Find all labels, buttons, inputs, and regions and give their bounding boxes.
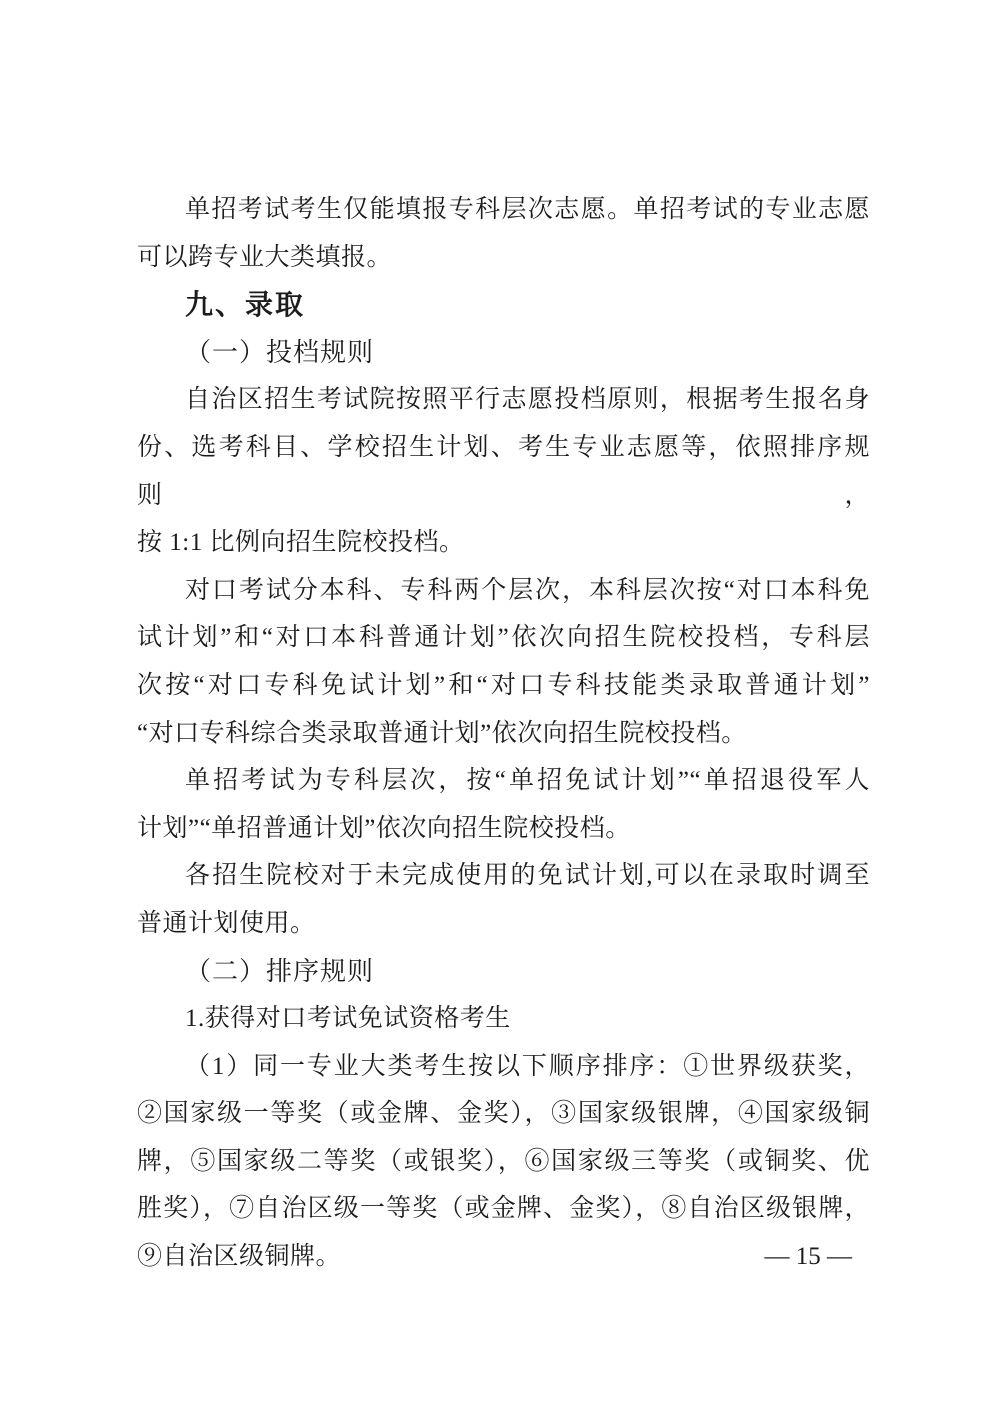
text-line: 计划”“单招普通计划”依次向招生院校投档。 <box>137 805 870 853</box>
text-line: 九、录取 <box>137 281 870 329</box>
text-line: “对口专科综合类录取普通计划”依次向招生院校投档。 <box>137 710 870 758</box>
text-line: 次按“对口专科免试计划”和“对口专科技能类录取普通计划” <box>137 662 870 710</box>
text-line: ②国家级一等奖（或金牌、金奖），③国家级银牌，④国家级铜 <box>137 1090 870 1138</box>
text-line: ⑨自治区级铜牌。 <box>137 1233 870 1281</box>
paragraph-danzhao-cengci: 单招考试为专科层次，按“单招免试计划”“单招退役军人计划”“单招普通计划”依次向… <box>137 757 870 852</box>
paragraph-danzhao-zhiyuan: 单招考试考生仅能填报专科层次志愿。单招考试的专业志愿可以跨专业大类填报。 <box>137 186 870 281</box>
page-footer: — 15 — <box>765 1242 853 1272</box>
paragraph-sub-1-toudang-guize: （一）投档规则 <box>137 329 870 377</box>
paragraph-duikou-kaoshi-cengci: 对口考试分本科、专科两个层次，本科层次按“对口本科免试计划”和“对口本科普通计划… <box>137 567 870 757</box>
paragraph-mianshi-jihua-tiaozhi: 各招生院校对于未完成使用的免试计划,可以在录取时调至普通计划使用。 <box>137 852 870 947</box>
text-line: 对口考试分本科、专科两个层次，本科层次按“对口本科免 <box>137 567 870 615</box>
paragraph-section-9-luqu: 九、录取 <box>137 281 870 329</box>
page-number: — 15 — <box>765 1243 853 1270</box>
text-line: 胜奖），⑦自治区级一等奖（或金牌、金奖），⑧自治区级银牌， <box>137 1185 870 1233</box>
paragraph-paixu-shunxu: （1）同一专业大类考生按以下顺序排序：①世界级获奖，②国家级一等奖（或金牌、金奖… <box>137 1043 870 1281</box>
text-line: 试计划”和“对口本科普通计划”依次向招生院校投档，专科层 <box>137 614 870 662</box>
text-line: 单招考试为专科层次，按“单招免试计划”“单招退役军人 <box>137 757 870 805</box>
text-line: （二）排序规则 <box>137 948 870 996</box>
text-line: 份、选考科目、学校招生计划、考生专业志愿等，依照排序规则， <box>137 424 870 519</box>
text-line: （1）同一专业大类考生按以下顺序排序：①世界级获奖， <box>137 1043 870 1091</box>
document-content: 单招考试考生仅能填报专科层次志愿。单招考试的专业志愿可以跨专业大类填报。九、录取… <box>137 186 870 1281</box>
text-line: 普通计划使用。 <box>137 900 870 948</box>
text-line: 1.获得对口考试免试资格考生 <box>137 995 870 1043</box>
text-line: 自治区招生考试院按照平行志愿投档原则，根据考生报名身 <box>137 376 870 424</box>
document-page: 单招考试考生仅能填报专科层次志愿。单招考试的专业志愿可以跨专业大类填报。九、录取… <box>0 0 1000 1415</box>
paragraph-pingxing-zhiyuan: 自治区招生考试院按照平行志愿投档原则，根据考生报名身份、选考科目、学校招生计划、… <box>137 376 870 566</box>
paragraph-sub-2-paixu-guize: （二）排序规则 <box>137 948 870 996</box>
text-line: （一）投档规则 <box>137 329 870 377</box>
text-line: 牌，⑤国家级二等奖（或银奖），⑥国家级三等奖（或铜奖、优 <box>137 1138 870 1186</box>
text-line: 按 1:1 比例向招生院校投档。 <box>137 519 870 567</box>
text-line: 各招生院校对于未完成使用的免试计划,可以在录取时调至 <box>137 852 870 900</box>
paragraph-mianshi-zige-kaosheng: 1.获得对口考试免试资格考生 <box>137 995 870 1043</box>
text-line: 单招考试考生仅能填报专科层次志愿。单招考试的专业志愿 <box>137 186 870 234</box>
text-line: 可以跨专业大类填报。 <box>137 234 870 282</box>
